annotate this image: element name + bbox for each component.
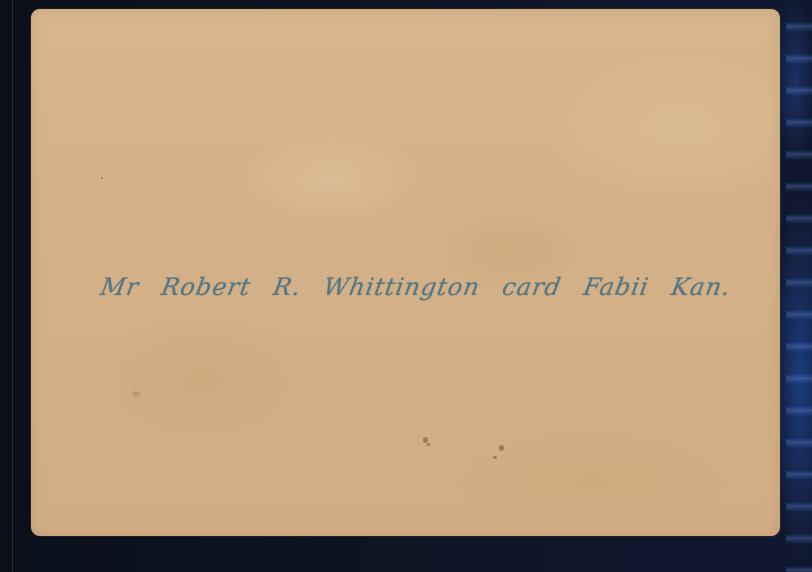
inscription-word: Whittington [321, 273, 482, 301]
inscription-word: card [500, 273, 564, 301]
inscription-word: Mr [98, 273, 141, 301]
inscription-word: Fabii [581, 273, 651, 301]
foxing-stain [499, 445, 504, 451]
foxing-stain [132, 391, 140, 397]
foxing-stain [101, 177, 103, 179]
blue-backing-highlight [786, 0, 812, 572]
foxing-stain [493, 456, 497, 459]
inscription-word: Kan. [669, 273, 733, 301]
handwritten-inscription: Mr Robert R. Whittington card Fabii Kan. [95, 273, 784, 323]
inscription-word: R. [271, 273, 304, 301]
foxing-stain [427, 443, 430, 446]
backing-edge-line [12, 0, 13, 572]
inscription-word: Robert [159, 273, 253, 301]
photo-scene: Mr Robert R. Whittington card Fabii Kan. [0, 0, 812, 572]
antique-card-back: Mr Robert R. Whittington card Fabii Kan. [31, 9, 780, 536]
